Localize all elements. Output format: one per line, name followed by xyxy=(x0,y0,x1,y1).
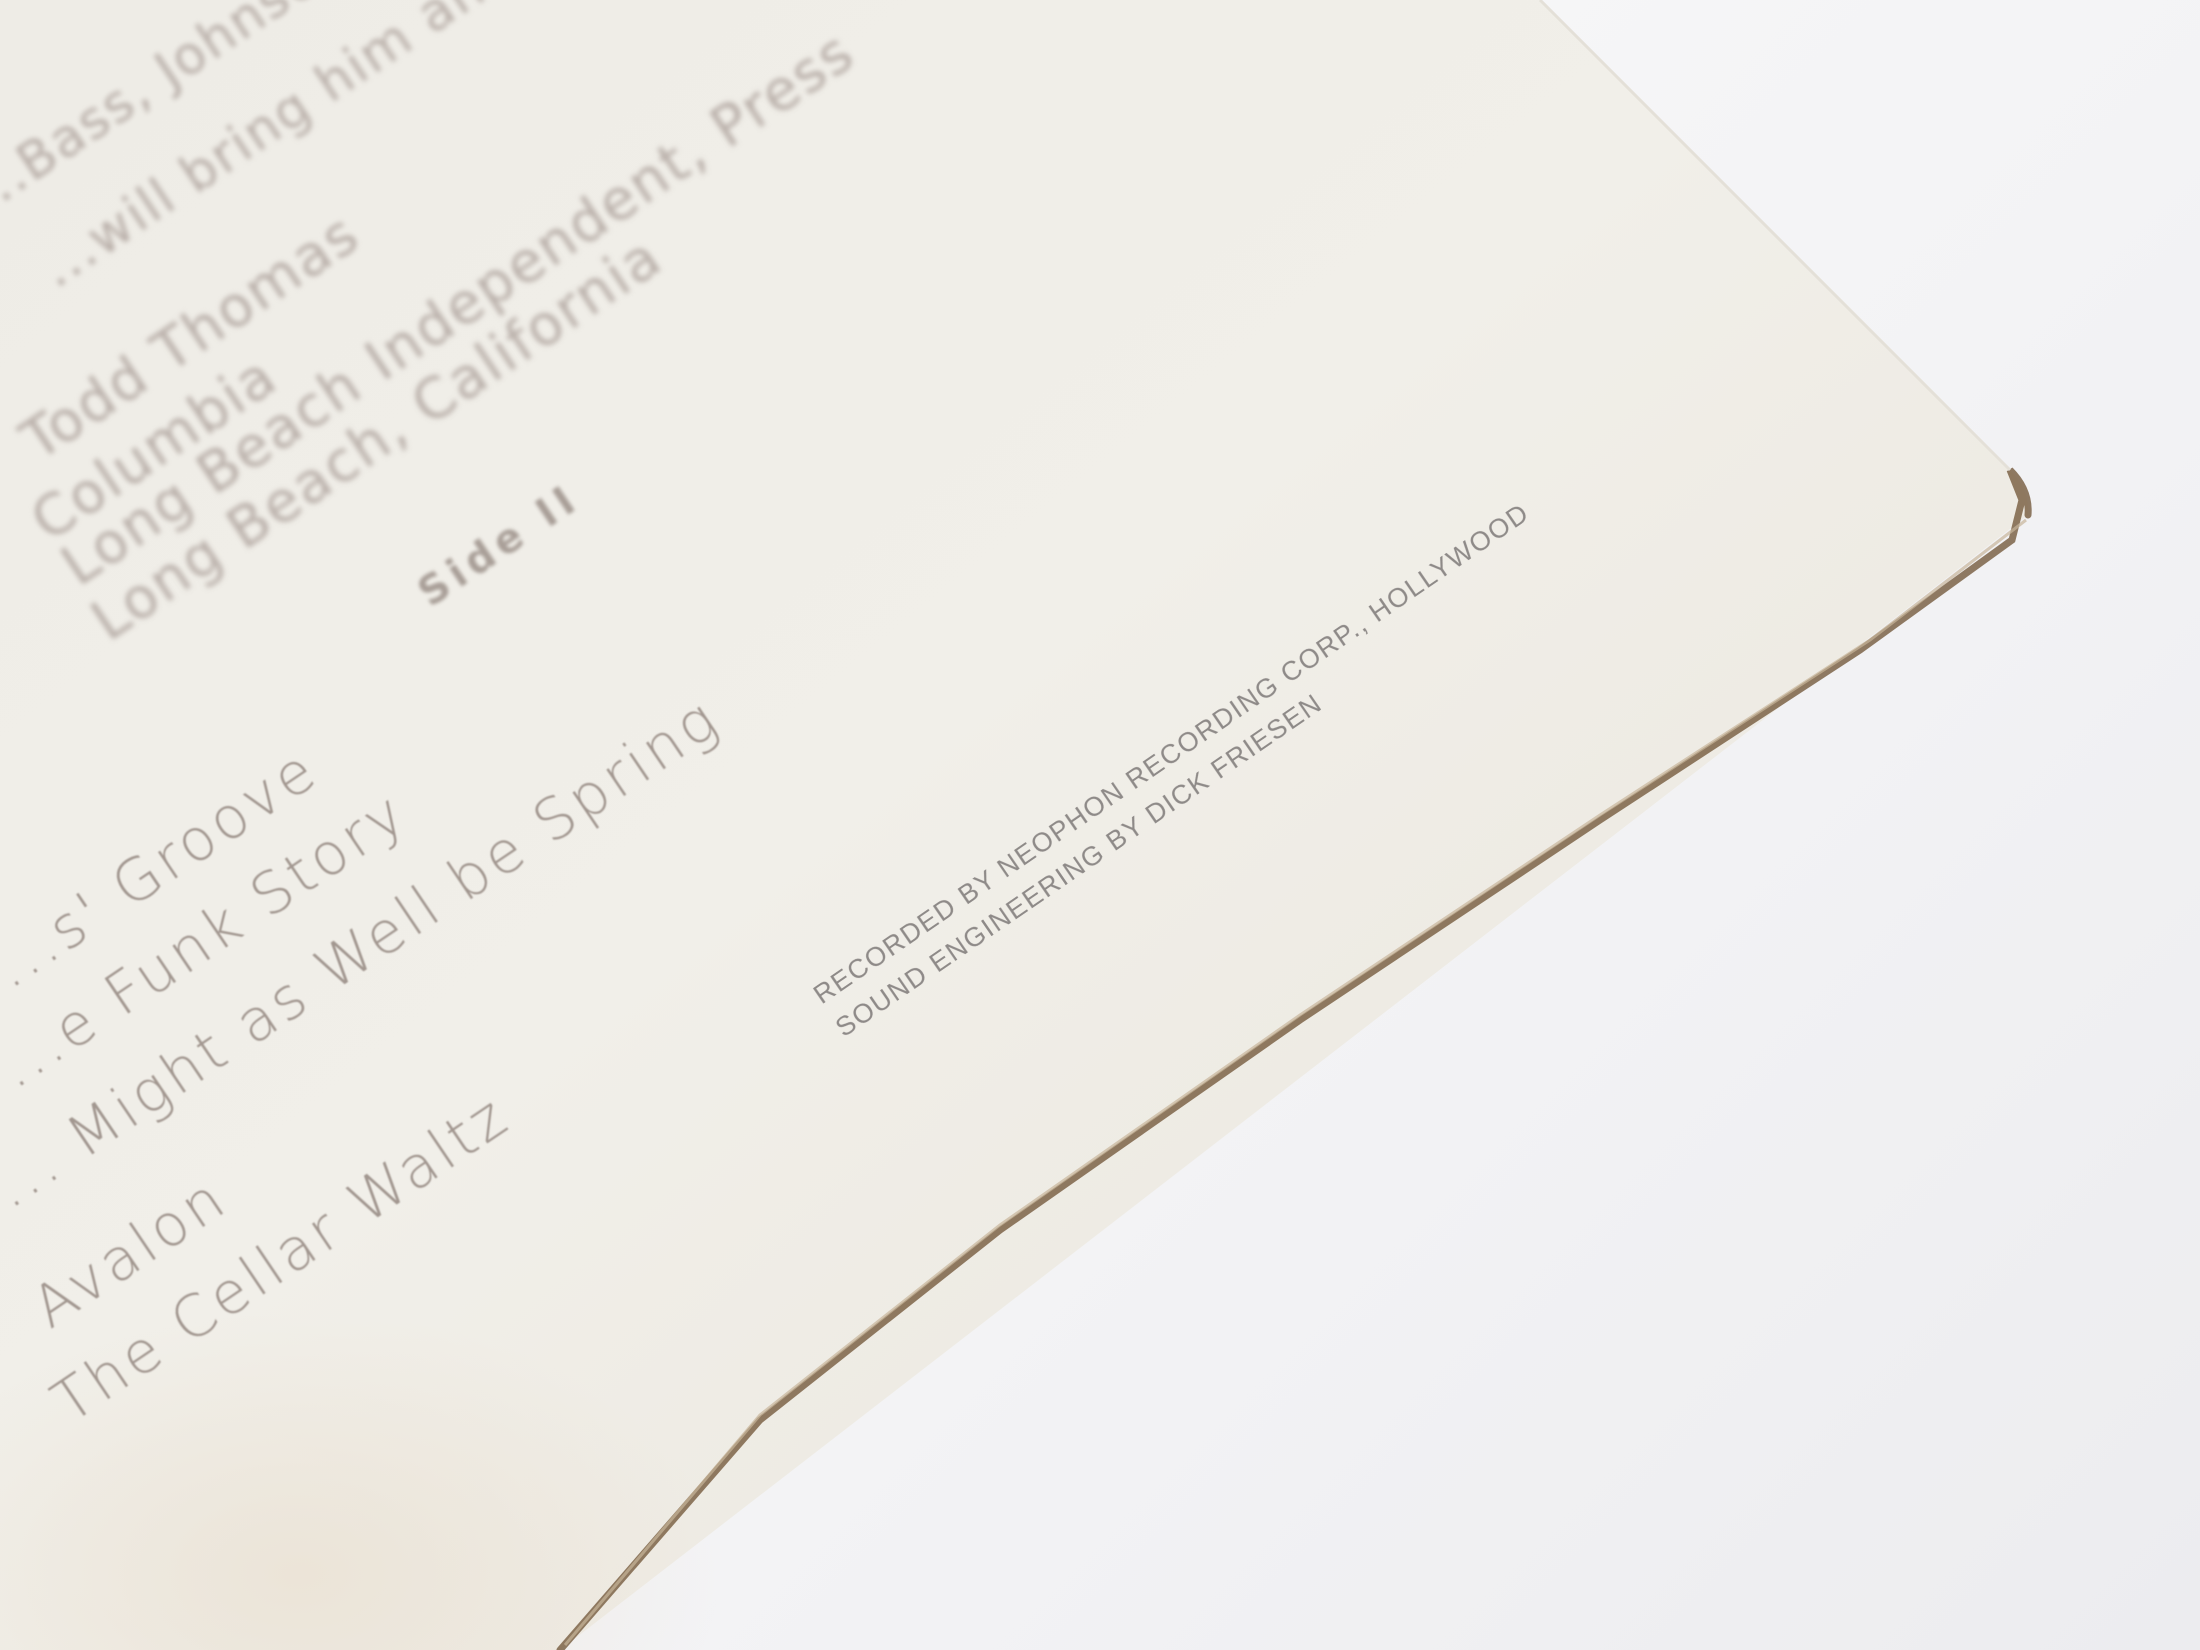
album-sleeve xyxy=(0,0,2200,1650)
